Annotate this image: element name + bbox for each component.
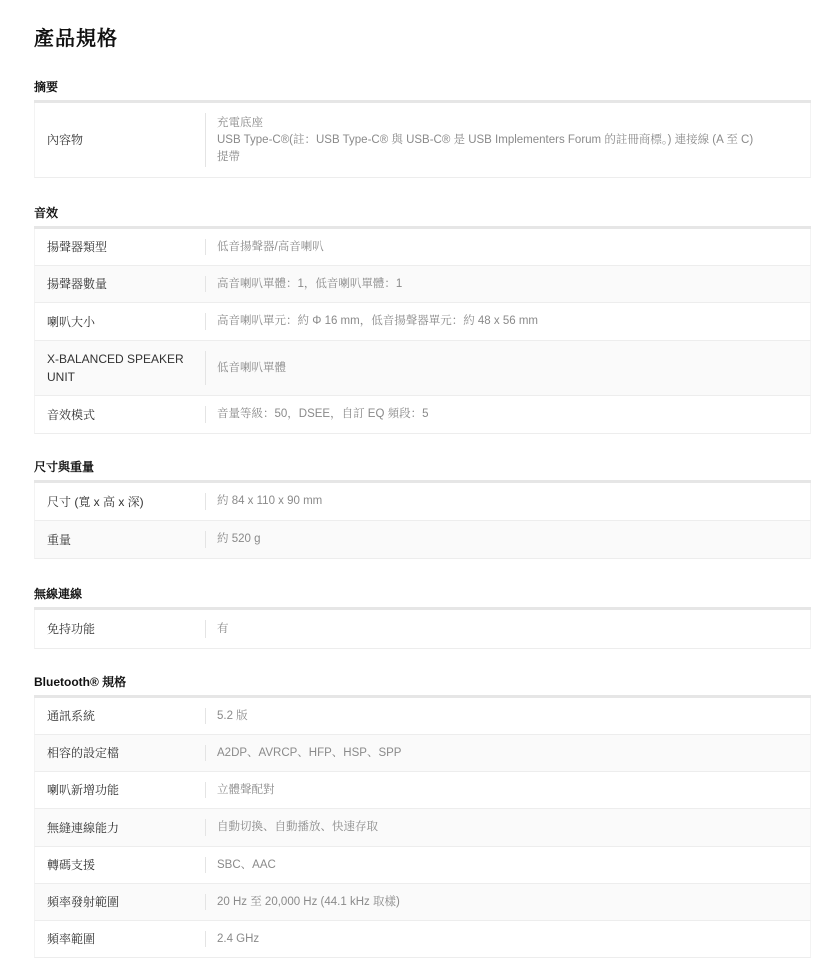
spec-value-line: 低音喇叭單體 [217,360,286,377]
spec-row: 免持功能有 [34,610,811,649]
spec-value: 高音喇叭單體：1，低音喇叭單體：1 [206,276,402,293]
section-title: 摘要 [34,80,811,94]
section-title: 無線連線 [34,587,811,601]
spec-label: 相容的設定檔 [35,744,205,762]
spec-row: 頻率範圍2.4 GHz [34,921,811,958]
spec-row: 內容物充電底座USB Type-C®(註：USB Type-C® 與 USB-C… [34,103,811,178]
spec-label: 喇叭大小 [35,313,205,331]
spec-label: 揚聲器類型 [35,238,205,256]
spec-value-line: 5.2 版 [217,708,248,725]
spec-row: 相容的設定檔A2DP、AVRCP、HFP、HSP、SPP [34,735,811,772]
spec-value-line: 2.4 GHz [217,931,259,948]
spec-section: 音效揚聲器類型低音揚聲器/高音喇叭揚聲器數量高音喇叭單體：1，低音喇叭單體：1喇… [34,206,811,434]
spec-label: 無縫連線能力 [35,819,205,837]
spec-section: 尺寸與重量尺寸 (寬 x 高 x 深)約 84 x 110 x 90 mm重量約… [34,460,811,559]
spec-value-line: 低音揚聲器/高音喇叭 [217,239,324,256]
spec-section: Bluetooth® 規格通訊系統5.2 版相容的設定檔A2DP、AVRCP、H… [34,675,811,958]
spec-label: 轉碼支援 [35,856,205,874]
spec-label: 頻率發射範圍 [35,893,205,911]
spec-table: 內容物充電底座USB Type-C®(註：USB Type-C® 與 USB-C… [34,100,811,178]
spec-table: 通訊系統5.2 版相容的設定檔A2DP、AVRCP、HFP、HSP、SPP喇叭新… [34,695,811,958]
spec-value: 20 Hz 至 20,000 Hz (44.1 kHz 取樣) [206,894,400,911]
spec-table: 免持功能有 [34,607,811,649]
spec-value: 音量等級：50，DSEE，自訂 EQ 頻段：5 [206,406,429,423]
spec-label: 頻率範圍 [35,930,205,948]
spec-row: 揚聲器數量高音喇叭單體：1，低音喇叭單體：1 [34,266,811,303]
spec-value-line: 約 84 x 110 x 90 mm [217,493,322,510]
spec-page: 產品規格 摘要內容物充電底座USB Type-C®(註：USB Type-C® … [0,0,832,61]
spec-label: 尺寸 (寬 x 高 x 深) [35,493,205,511]
spec-label: X-BALANCED SPEAKER UNIT [35,350,205,386]
spec-value-line: 音量等級：50，DSEE，自訂 EQ 頻段：5 [217,406,429,423]
spec-label: 免持功能 [35,620,205,638]
spec-row: 無縫連線能力自動切換、自動播放、快速存取 [34,809,811,847]
spec-section: 摘要內容物充電底座USB Type-C®(註：USB Type-C® 與 USB… [34,80,811,178]
spec-value-line: 高音喇叭單元：約 Φ 16 mm，低音揚聲器單元：約 48 x 56 mm [217,313,538,330]
spec-value-line: A2DP、AVRCP、HFP、HSP、SPP [217,745,401,762]
spec-value: 充電底座USB Type-C®(註：USB Type-C® 與 USB-C® 是… [206,115,753,166]
spec-value: A2DP、AVRCP、HFP、HSP、SPP [206,745,401,762]
section-title: 音效 [34,206,811,220]
spec-value: 有 [206,621,229,638]
spec-row: 通訊系統5.2 版 [34,698,811,735]
spec-row: X-BALANCED SPEAKER UNIT低音喇叭單體 [34,341,811,396]
spec-row: 音效模式音量等級：50，DSEE，自訂 EQ 頻段：5 [34,396,811,434]
spec-value-line: 有 [217,621,229,638]
spec-value: 低音喇叭單體 [206,360,286,377]
spec-label: 揚聲器數量 [35,275,205,293]
spec-value-line: 高音喇叭單體：1，低音喇叭單體：1 [217,276,402,293]
spec-value: 立體聲配對 [206,782,275,799]
spec-value-line: 提帶 [217,149,753,166]
spec-section: 無線連線免持功能有 [34,587,811,649]
spec-row: 重量約 520 g [34,521,811,559]
spec-label: 重量 [35,531,205,549]
spec-label: 內容物 [35,131,205,149]
spec-value: 低音揚聲器/高音喇叭 [206,239,324,256]
spec-value-line: 20 Hz 至 20,000 Hz (44.1 kHz 取樣) [217,894,400,911]
spec-value-line: USB Type-C®(註：USB Type-C® 與 USB-C® 是 USB… [217,132,753,149]
page-title: 產品規格 [34,0,811,61]
spec-value: 約 84 x 110 x 90 mm [206,493,322,510]
spec-value: 自動切換、自動播放、快速存取 [206,819,378,836]
spec-value: SBC、AAC [206,857,276,874]
spec-value: 2.4 GHz [206,931,259,948]
spec-value-line: 充電底座 [217,115,753,132]
spec-table: 揚聲器類型低音揚聲器/高音喇叭揚聲器數量高音喇叭單體：1，低音喇叭單體：1喇叭大… [34,226,811,434]
spec-value-line: 自動切換、自動播放、快速存取 [217,819,378,836]
spec-value-line: 立體聲配對 [217,782,275,799]
spec-row: 尺寸 (寬 x 高 x 深)約 84 x 110 x 90 mm [34,483,811,521]
spec-row: 喇叭大小高音喇叭單元：約 Φ 16 mm，低音揚聲器單元：約 48 x 56 m… [34,303,811,341]
section-title: Bluetooth® 規格 [34,675,811,689]
spec-value-line: SBC、AAC [217,857,276,874]
spec-table: 尺寸 (寬 x 高 x 深)約 84 x 110 x 90 mm重量約 520 … [34,480,811,559]
spec-row: 頻率發射範圍20 Hz 至 20,000 Hz (44.1 kHz 取樣) [34,884,811,921]
spec-value-line: 約 520 g [217,531,260,548]
spec-row: 喇叭新增功能立體聲配對 [34,772,811,809]
spec-label: 喇叭新增功能 [35,781,205,799]
spec-value: 高音喇叭單元：約 Φ 16 mm，低音揚聲器單元：約 48 x 56 mm [206,313,538,330]
spec-value: 5.2 版 [206,708,248,725]
section-title: 尺寸與重量 [34,460,811,474]
spec-value: 約 520 g [206,531,260,548]
spec-row: 揚聲器類型低音揚聲器/高音喇叭 [34,229,811,266]
spec-label: 音效模式 [35,406,205,424]
spec-label: 通訊系統 [35,707,205,725]
spec-row: 轉碼支援SBC、AAC [34,847,811,884]
